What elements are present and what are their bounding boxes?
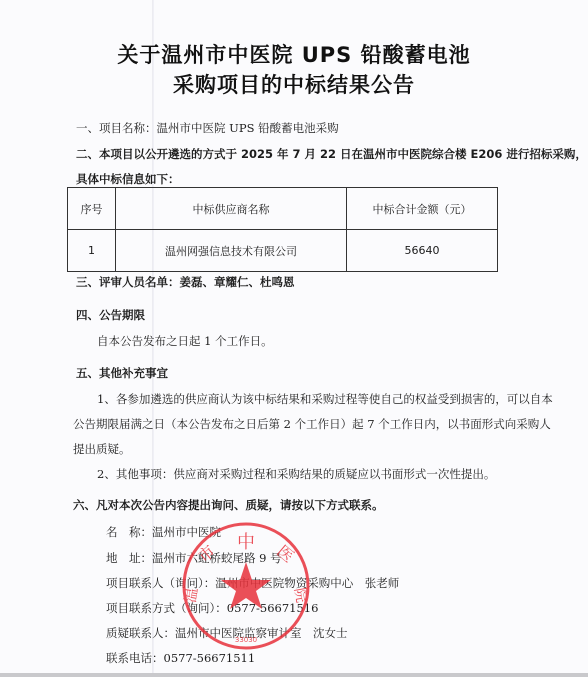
contact-complaint-phone: 联系电话：0577-56671511: [106, 650, 255, 666]
section-5-heading: 五、其他补充事宜: [76, 365, 168, 381]
table-row: 1 温州网强信息技术有限公司 56640: [68, 230, 498, 272]
document-page: 关于温州市中医院 UPS 铅酸蓄电池 采购项目的中标结果公告 一、项目名称：温州…: [0, 0, 588, 673]
header-index: 序号: [68, 188, 116, 230]
header-supplier: 中标供应商名称: [116, 188, 347, 230]
section-5-item-1-line-2: 公告期限届满之日（本公告发布之日后第 2 个工作日）起 7 个工作日内，以书面形…: [73, 416, 551, 432]
section-5-item-1-line-3: 提出质疑。: [73, 441, 131, 457]
contact-complaint-person: 质疑联系人：温州市中医院监察审计室 沈女士: [106, 625, 348, 641]
contact-address: 地 址：温州市六虹桥蛟尾路 9 号: [106, 550, 282, 566]
section-1-project-name: 一、项目名称：温州市中医院 UPS 铅酸蓄电池采购: [76, 120, 339, 136]
award-table: 序号 中标供应商名称 中标合计金额（元） 1 温州网强信息技术有限公司 5664…: [67, 187, 498, 272]
section-2-line-1: 二、本项目以公开遴选的方式于 2025 年 7 月 22 日在温州市中医院综合楼…: [76, 146, 587, 162]
section-3-reviewers: 三、评审人员名单：姜磊、章耀仁、杜鸣恩: [76, 274, 295, 290]
contact-name: 名 称：温州市中医院: [106, 524, 221, 540]
section-2-line-2: 具体中标信息如下：: [76, 171, 180, 187]
title-line-1: 关于温州市中医院 UPS 铅酸蓄电池: [0, 39, 588, 69]
table-header-row: 序号 中标供应商名称 中标合计金额（元）: [68, 188, 498, 230]
contact-project-person: 项目联系人（询问）：温州市中医院物资采购中心 张老师: [106, 575, 399, 591]
cell-supplier: 温州网强信息技术有限公司: [116, 230, 347, 272]
header-amount: 中标合计金额（元）: [347, 188, 498, 230]
cell-index: 1: [68, 230, 116, 272]
title-line-2: 采购项目的中标结果公告: [0, 69, 588, 99]
contact-project-phone: 项目联系方式（询问）：0577-56671516: [106, 600, 318, 616]
section-5-item-2: 2、其他事项：供应商对采购过程和采购结果的质疑应以书面形式一次性提出。: [97, 466, 495, 482]
section-4-body: 自本公告发布之日起 1 个工作日。: [97, 333, 273, 349]
page-bottom-edge: [0, 673, 588, 677]
section-6-heading: 六、凡对本次公告内容提出询问、质疑，请按以下方式联系。: [73, 497, 384, 513]
cell-amount: 56640: [347, 230, 498, 272]
section-4-heading: 四、公告期限: [76, 307, 145, 323]
section-5-item-1-line-1: 1、各参加遴选的供应商认为该中标结果和采购过程等使自己的权益受到损害的，可以自本: [97, 391, 553, 407]
